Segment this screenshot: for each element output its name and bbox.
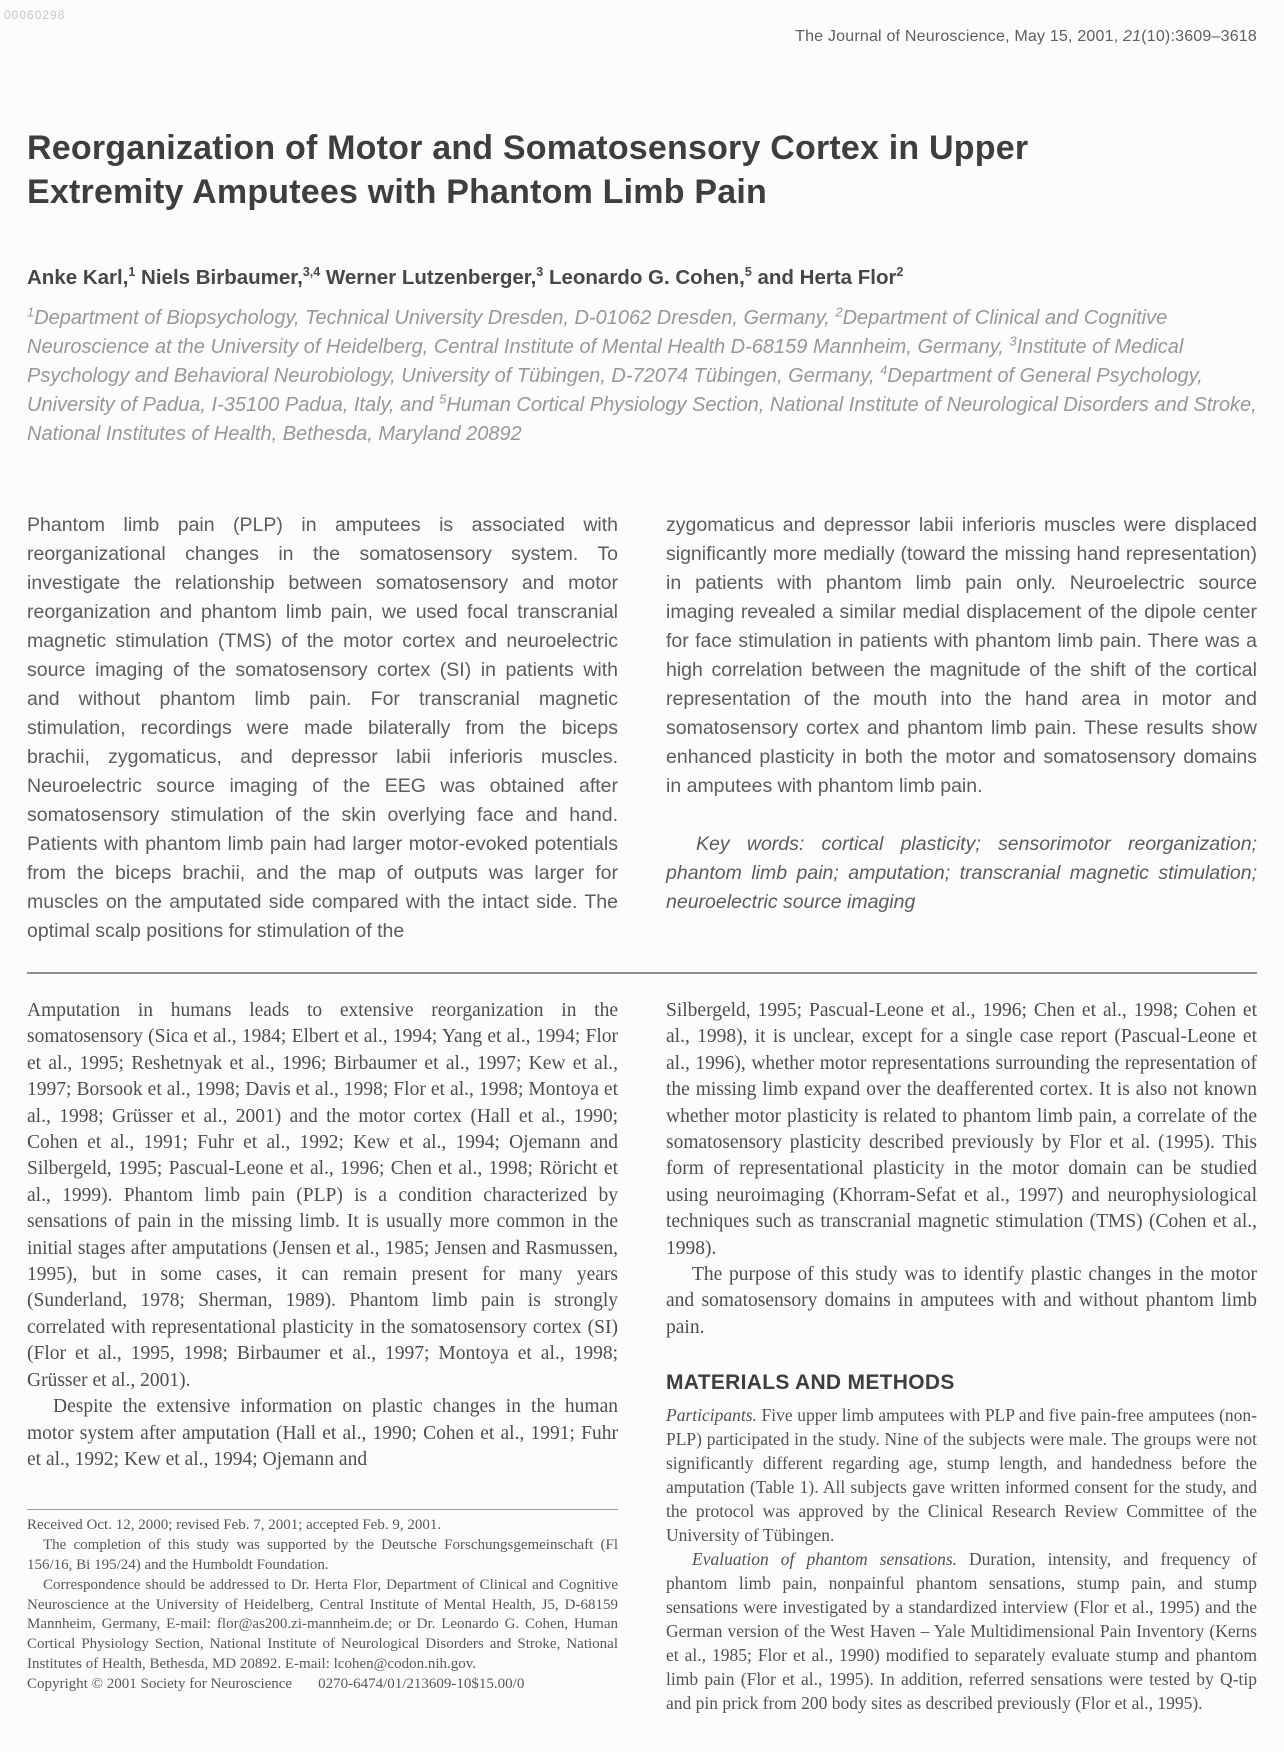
paragraph-lead: Participants. xyxy=(666,1405,757,1425)
scan-stamp: 00060298 xyxy=(4,8,65,22)
footnote-received: Received Oct. 12, 2000; revised Feb. 7, … xyxy=(27,1516,618,1536)
copyright-text: Copyright © 2001 Society for Neuroscienc… xyxy=(27,1676,292,1692)
paragraph-lead: Evaluation of phantom sensations. xyxy=(692,1549,957,1569)
affiliation-text: Department of Biopsychology, Technical U… xyxy=(34,307,835,329)
methods-participants-paragraph: Participants. Five upper limb amputees w… xyxy=(666,1403,1257,1547)
abstract-right-column: zygomaticus and depressor labii inferior… xyxy=(666,511,1257,946)
author-affiliation-mark: 2 xyxy=(896,265,903,279)
abstract-text-left: Phantom limb pain (PLP) in amputees is a… xyxy=(27,511,618,946)
paragraph-text: Five upper limb amputees with PLP and fi… xyxy=(666,1405,1257,1545)
keywords: Key words: cortical plasticity; sensorim… xyxy=(666,830,1257,917)
journal-header: The Journal of Neuroscience, May 15, 200… xyxy=(27,0,1257,46)
author-name: Werner Lutzenberger, xyxy=(320,266,536,289)
author-line: Anke Karl,1 Niels Birbaumer,3,4 Werner L… xyxy=(27,266,1257,290)
author-name: Niels Birbaumer, xyxy=(135,266,302,289)
intro-paragraph: Despite the extensive information on pla… xyxy=(27,1394,618,1473)
footnote-copyright: Copyright © 2001 Society for Neuroscienc… xyxy=(27,1675,618,1695)
paper-title: Reorganization of Motor and Somatosensor… xyxy=(27,126,1177,214)
intro-paragraph: The purpose of this study was to identif… xyxy=(666,1262,1257,1341)
footnote-support: The completion of this study was support… xyxy=(27,1536,618,1576)
materials-methods-heading: MATERIALS AND METHODS xyxy=(666,1371,1257,1395)
affiliation-mark: 3 xyxy=(1009,333,1016,348)
author-name: Anke Karl, xyxy=(27,266,128,289)
body-left-column: Amputation in humans leads to extensive … xyxy=(27,998,618,1715)
body-right-column: Silbergeld, 1995; Pascual-Leone et al., … xyxy=(666,998,1257,1715)
methods-evaluation-paragraph: Evaluation of phantom sensations. Durati… xyxy=(666,1547,1257,1715)
journal-volume: 21 xyxy=(1123,28,1141,45)
issn-code: 0270-6474/01/213609-10$15.00/0 xyxy=(318,1676,524,1692)
abstract: Phantom limb pain (PLP) in amputees is a… xyxy=(27,511,1257,946)
abstract-text-right: zygomaticus and depressor labii inferior… xyxy=(666,511,1257,801)
journal-header-post: (10):3609–3618 xyxy=(1141,28,1257,45)
intro-paragraph: Amputation in humans leads to extensive … xyxy=(27,998,618,1394)
footnotes: Received Oct. 12, 2000; revised Feb. 7, … xyxy=(27,1509,618,1694)
article-body: Amputation in humans leads to extensive … xyxy=(27,998,1257,1715)
footnote-divider xyxy=(27,1509,618,1510)
journal-page: 00060298 The Journal of Neuroscience, Ma… xyxy=(0,0,1284,1752)
intro-paragraph: Silbergeld, 1995; Pascual-Leone et al., … xyxy=(666,998,1257,1262)
author-name: and Herta Flor xyxy=(752,266,897,289)
author-name: Leonardo G. Cohen, xyxy=(543,266,745,289)
journal-header-pre: The Journal of Neuroscience, May 15, 200… xyxy=(795,28,1123,45)
abstract-body-divider xyxy=(27,972,1257,974)
affiliations: 1Department of Biopsychology, Technical … xyxy=(27,304,1257,449)
affiliation-mark: 2 xyxy=(835,304,842,319)
footnote-correspondence: Correspondence should be addressed to Dr… xyxy=(27,1576,618,1675)
author-affiliation-mark: 5 xyxy=(745,265,752,279)
abstract-left-column: Phantom limb pain (PLP) in amputees is a… xyxy=(27,511,618,946)
author-affiliation-mark: 3,4 xyxy=(303,265,320,279)
paragraph-text: Duration, intensity, and frequency of ph… xyxy=(666,1549,1257,1713)
